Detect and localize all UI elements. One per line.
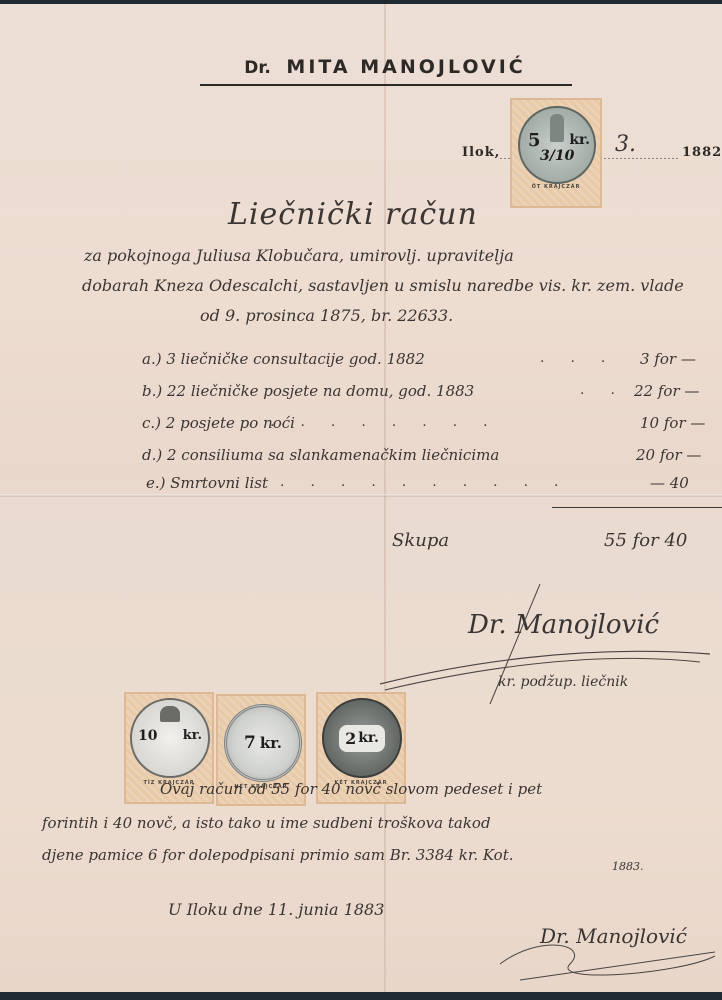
stamp-caption: ÖT KRAJCZÁR — [510, 184, 602, 190]
line-item-label: b.) 22 liečničke posjete na domu, god. 1… — [142, 382, 474, 400]
horizontal-fold-crease — [0, 494, 722, 497]
note-line-4: 1883. — [612, 860, 644, 873]
stamp-unit: kr. — [569, 132, 590, 148]
crown-icon — [160, 706, 180, 722]
document-page: Dr. MITA MANOJLOVIĆ Ilok, 3. 1882. 5 kr.… — [0, 4, 722, 992]
line-item-label: e.) Smrtovni list — [146, 474, 268, 492]
dateline-year: 1882. — [682, 145, 722, 160]
leader-dots: ········ — [270, 418, 514, 434]
line-item-label: a.) 3 liečničke consultacije god. 1882 — [142, 350, 425, 368]
stamp-value: 2 — [345, 729, 356, 748]
letterhead-name: MITA MANOJLOVIĆ — [286, 56, 525, 78]
line-item-label: d.) 2 consiliuma sa slankamenačkim liečn… — [142, 446, 499, 464]
stamp-medallion: 2 kr. — [322, 698, 402, 778]
dateline-day: 3. — [615, 132, 636, 157]
revenue-stamp-5kr: 5 kr. 3/10 ÖT KRAJCZÁR — [510, 98, 602, 208]
line-item-amount: 22 for — — [634, 382, 699, 400]
signature-role: kr. podžup. liečnik — [498, 674, 628, 690]
line-item-amount: 10 for — — [640, 414, 705, 432]
dateline-place: Ilok, — [462, 145, 500, 160]
crown-icon — [550, 114, 564, 142]
line-item-amount: 3 for — — [640, 350, 696, 368]
stamp-medallion: 5 kr. 3/10 — [518, 106, 596, 184]
stamp-value: 10 — [138, 728, 157, 744]
stamp-unit: kr. — [183, 728, 202, 743]
stamp-value: 5 — [528, 130, 541, 151]
note-closing: U Iloku dne 11. junia 1883 — [168, 900, 384, 919]
stamp-cancel-mark: 3/10 — [540, 148, 574, 164]
letterhead-prefix: Dr. — [244, 58, 271, 78]
note-line-2: forintih i 40 novč, a isto tako u ime su… — [42, 814, 491, 832]
leader-dots: ·· — [580, 386, 641, 402]
leader-dots: ··· — [540, 354, 631, 370]
total-label: Skupa — [392, 530, 449, 551]
note-line-1: Ovaj račun od 55 for 40 novč slovom pede… — [160, 780, 542, 798]
total-amount: 55 for 40 — [604, 530, 687, 551]
total-rule — [552, 507, 722, 508]
line-item-amount: 20 for — — [636, 446, 701, 464]
letterhead: Dr. MITA MANOJLOVIĆ — [200, 56, 570, 78]
stamp-unit: kr. — [260, 734, 282, 752]
line-item-amount: — 40 — [650, 474, 689, 492]
intro-line-2: dobarah Kneza Odescalchi, sastavljen u s… — [82, 276, 684, 295]
stamp-medallion: 7 kr. — [224, 704, 302, 782]
letterhead-rule — [200, 84, 572, 86]
document-title: Liečnički račun — [228, 197, 478, 232]
stamp-value-panel: 2 kr. — [339, 725, 385, 752]
note-line-3: djene pamice 6 for dolepodpisani primio … — [42, 846, 514, 864]
intro-line-1: za pokojnoga Juliusa Klobučara, umirovlj… — [84, 246, 514, 265]
stamp-value: 7 — [244, 733, 256, 753]
stamp-unit: kr. — [358, 730, 379, 746]
vertical-fold-crease — [384, 4, 386, 992]
closing-signature-flourish-icon — [500, 934, 720, 984]
leader-dots: ·········· — [280, 478, 585, 494]
stamp-medallion: 10 kr. — [130, 698, 210, 778]
intro-line-3: od 9. prosinca 1875, br. 22633. — [200, 306, 453, 325]
